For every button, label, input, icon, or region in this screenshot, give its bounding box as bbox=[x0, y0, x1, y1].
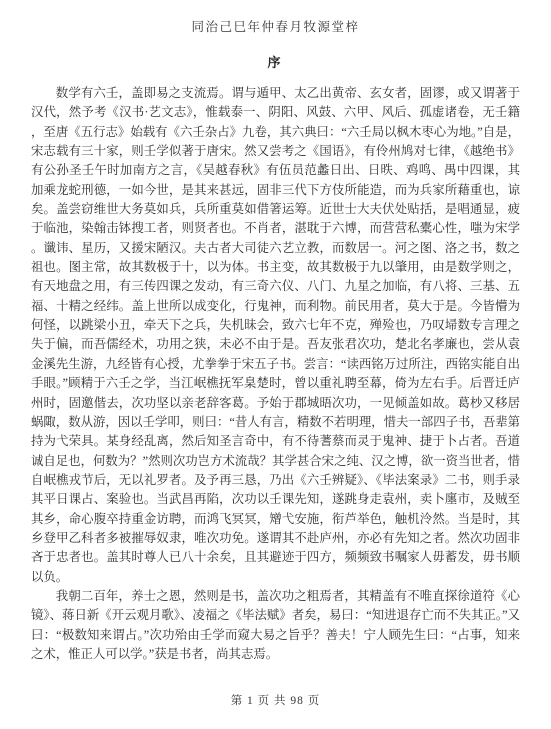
preface-paragraph-1: 数学有六壬，盖即易之支流焉。谓与遁甲、太乙出黄帝、玄女者，固谬，或又谓著于汉代，… bbox=[31, 84, 520, 587]
preface-body: 数学有六壬，盖即易之支流焉。谓与遁甲、太乙出黄帝、玄女者，固谬，或又谓著于汉代，… bbox=[31, 84, 520, 664]
page-number-indicator: 第 1 页 共 98 页 bbox=[0, 692, 551, 708]
preface-title: 序 bbox=[0, 52, 551, 71]
preface-paragraph-2: 我朝二百年，养士之恩，然则是书，盖次功之粗焉者，其精盖有不唯直探徐道符《心镜》、… bbox=[31, 587, 520, 664]
document-page: 同治己巳年仲春月牧源堂梓 序 数学有六壬，盖即易之支流焉。谓与遁甲、太乙出黄帝、… bbox=[0, 0, 551, 729]
edition-colophon: 同治己巳年仲春月牧源堂梓 bbox=[0, 0, 551, 35]
